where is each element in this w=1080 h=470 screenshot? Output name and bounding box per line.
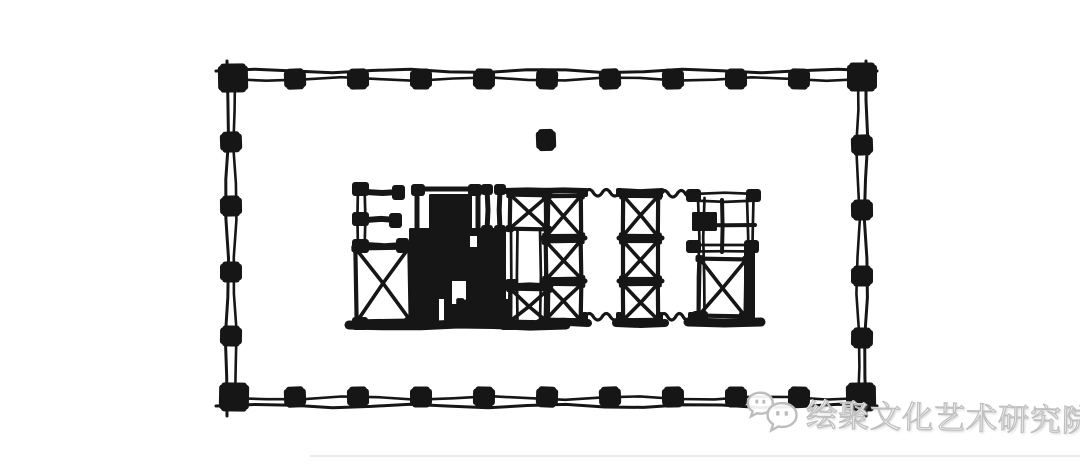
perimeter-wall-right-outer (864, 61, 868, 416)
paper-gap (470, 236, 477, 247)
perimeter-wall-left-outer (225, 61, 228, 416)
column-flange (853, 134, 871, 156)
shaft-corner-blob (351, 245, 359, 252)
joint-blob (481, 184, 493, 195)
column-flange (412, 69, 430, 90)
core-wall-line (542, 190, 585, 191)
column-flange (848, 382, 874, 411)
joint-blob (582, 188, 588, 197)
shaft-corner-blob (654, 193, 662, 200)
core-double-wall (540, 229, 541, 323)
joint-blob (404, 317, 420, 330)
shaft-corner-blob (654, 238, 662, 245)
perimeter-column-corner (218, 63, 249, 93)
perimeter-column-right (851, 199, 873, 220)
perimeter-column-top (662, 68, 684, 89)
shaft-xbrace (351, 244, 414, 325)
perimeter-column-bottom (788, 386, 810, 407)
joint-blob (692, 311, 708, 325)
squiggle-connector (585, 314, 619, 321)
column-flange (727, 387, 745, 408)
column-flange (601, 68, 619, 90)
joint-blob (582, 312, 588, 321)
perimeter-wall-right-inner (856, 73, 860, 404)
perimeter-column-top (284, 68, 307, 90)
column-flange (222, 195, 240, 216)
core-wall-line (499, 189, 500, 231)
column-flange (221, 382, 247, 411)
perimeter-column-left (220, 195, 242, 216)
core-wall-line (619, 191, 662, 192)
solid-ink-block (744, 252, 755, 317)
column-flange (853, 199, 871, 220)
column-flange (790, 386, 808, 407)
perimeter-column-bottom (284, 386, 307, 408)
shaft-xbrace (619, 238, 662, 283)
perimeter-column-bottom (599, 386, 622, 408)
perimeter-column-corner (219, 382, 250, 412)
joint-blob (352, 317, 368, 330)
shaft-corner-blob (619, 281, 627, 288)
sketch-page: 绘聚文化艺术研究院 (0, 0, 1080, 470)
shaft-corner-blob (654, 280, 662, 287)
joint-blob (739, 311, 755, 325)
shaft-corner-blob (577, 281, 585, 288)
perimeter-column-top (347, 68, 369, 89)
column-flange (853, 266, 871, 287)
perimeter-column-bottom (536, 386, 559, 408)
perimeter-column-left (220, 325, 242, 346)
shaft-corner-blob (542, 238, 550, 245)
column-flange (538, 68, 556, 90)
shaft-corner-blob (506, 191, 514, 198)
shaft-xbrace (694, 255, 750, 320)
perimeter-column-right (851, 134, 874, 156)
column-flange (853, 327, 871, 348)
perimeter-column-top (410, 69, 432, 90)
shaft-corner-blob (695, 255, 703, 262)
joint-blob (746, 189, 761, 202)
column-flange (475, 386, 493, 407)
perimeter-column-left (220, 262, 242, 283)
column-flange (664, 68, 682, 89)
column-flange (349, 68, 367, 89)
perimeter-wall-left-inner (233, 73, 236, 404)
perimeter-column-bottom (410, 387, 432, 408)
core-wall-line (539, 322, 588, 323)
perimeter-column-right (851, 266, 873, 287)
perimeter-column-bottom (347, 386, 369, 407)
joint-blob (411, 184, 425, 196)
shaft-corner-blob (506, 285, 514, 292)
column-flange (664, 386, 682, 407)
column-flange (601, 386, 619, 408)
joint-blob (686, 240, 701, 253)
shaft-corner-blob (577, 237, 585, 244)
solid-ink-block (692, 212, 717, 231)
solid-ink-block (429, 194, 472, 229)
joint-blob (686, 189, 701, 202)
perimeter-column-bottom (473, 386, 495, 407)
shaft-xbrace (619, 280, 662, 323)
perimeter-column-top (599, 68, 622, 90)
column-flange (286, 386, 304, 408)
column-flange (222, 262, 240, 283)
core-wall-line (487, 189, 488, 231)
shaft-corner-blob (619, 192, 627, 199)
footer-divider (310, 455, 1080, 457)
column-flange (349, 386, 367, 407)
column-flange (790, 68, 808, 89)
perimeter-column-corner (847, 63, 877, 92)
shaft-corner-blob (542, 280, 550, 287)
joint-blob (744, 240, 759, 253)
column-flange (727, 69, 745, 90)
column-flange (475, 68, 493, 89)
shaft-xbrace (619, 192, 662, 239)
floor-plan-sketch (0, 0, 1080, 470)
core-double-wall (517, 229, 518, 323)
column-flange (220, 63, 246, 92)
core-wall-line (616, 323, 665, 324)
perimeter-column-top (725, 69, 747, 90)
shaft-corner-blob (456, 298, 464, 305)
shaft-corner-blob (542, 193, 550, 200)
joint-blob (392, 185, 405, 200)
perimeter-column-corner (846, 382, 877, 412)
joint-blob (500, 317, 516, 330)
isolated-interior-column (536, 129, 557, 152)
perimeter-column-bottom (662, 386, 684, 407)
paper-gap (439, 299, 444, 321)
perimeter-column-right (851, 327, 873, 348)
column-flange (849, 63, 875, 92)
column-flange (286, 68, 304, 90)
perimeter-column-top (788, 68, 810, 89)
perimeter-column-left (220, 131, 243, 153)
shaft-corner-blob (502, 299, 510, 306)
shaft-xbrace (542, 237, 586, 283)
core-wall-line (349, 324, 566, 326)
perimeter-column-bottom (725, 387, 747, 408)
squiggle-connector (585, 190, 619, 197)
joint-blob (389, 213, 402, 228)
column-flange (222, 131, 240, 153)
column-flange (538, 386, 556, 408)
shaft-corner-blob (619, 238, 627, 245)
perimeter-column-top (473, 68, 495, 89)
column-flange (538, 129, 554, 152)
column-flange (222, 325, 240, 346)
column-flange (412, 387, 430, 408)
perimeter-column-top (536, 68, 559, 90)
